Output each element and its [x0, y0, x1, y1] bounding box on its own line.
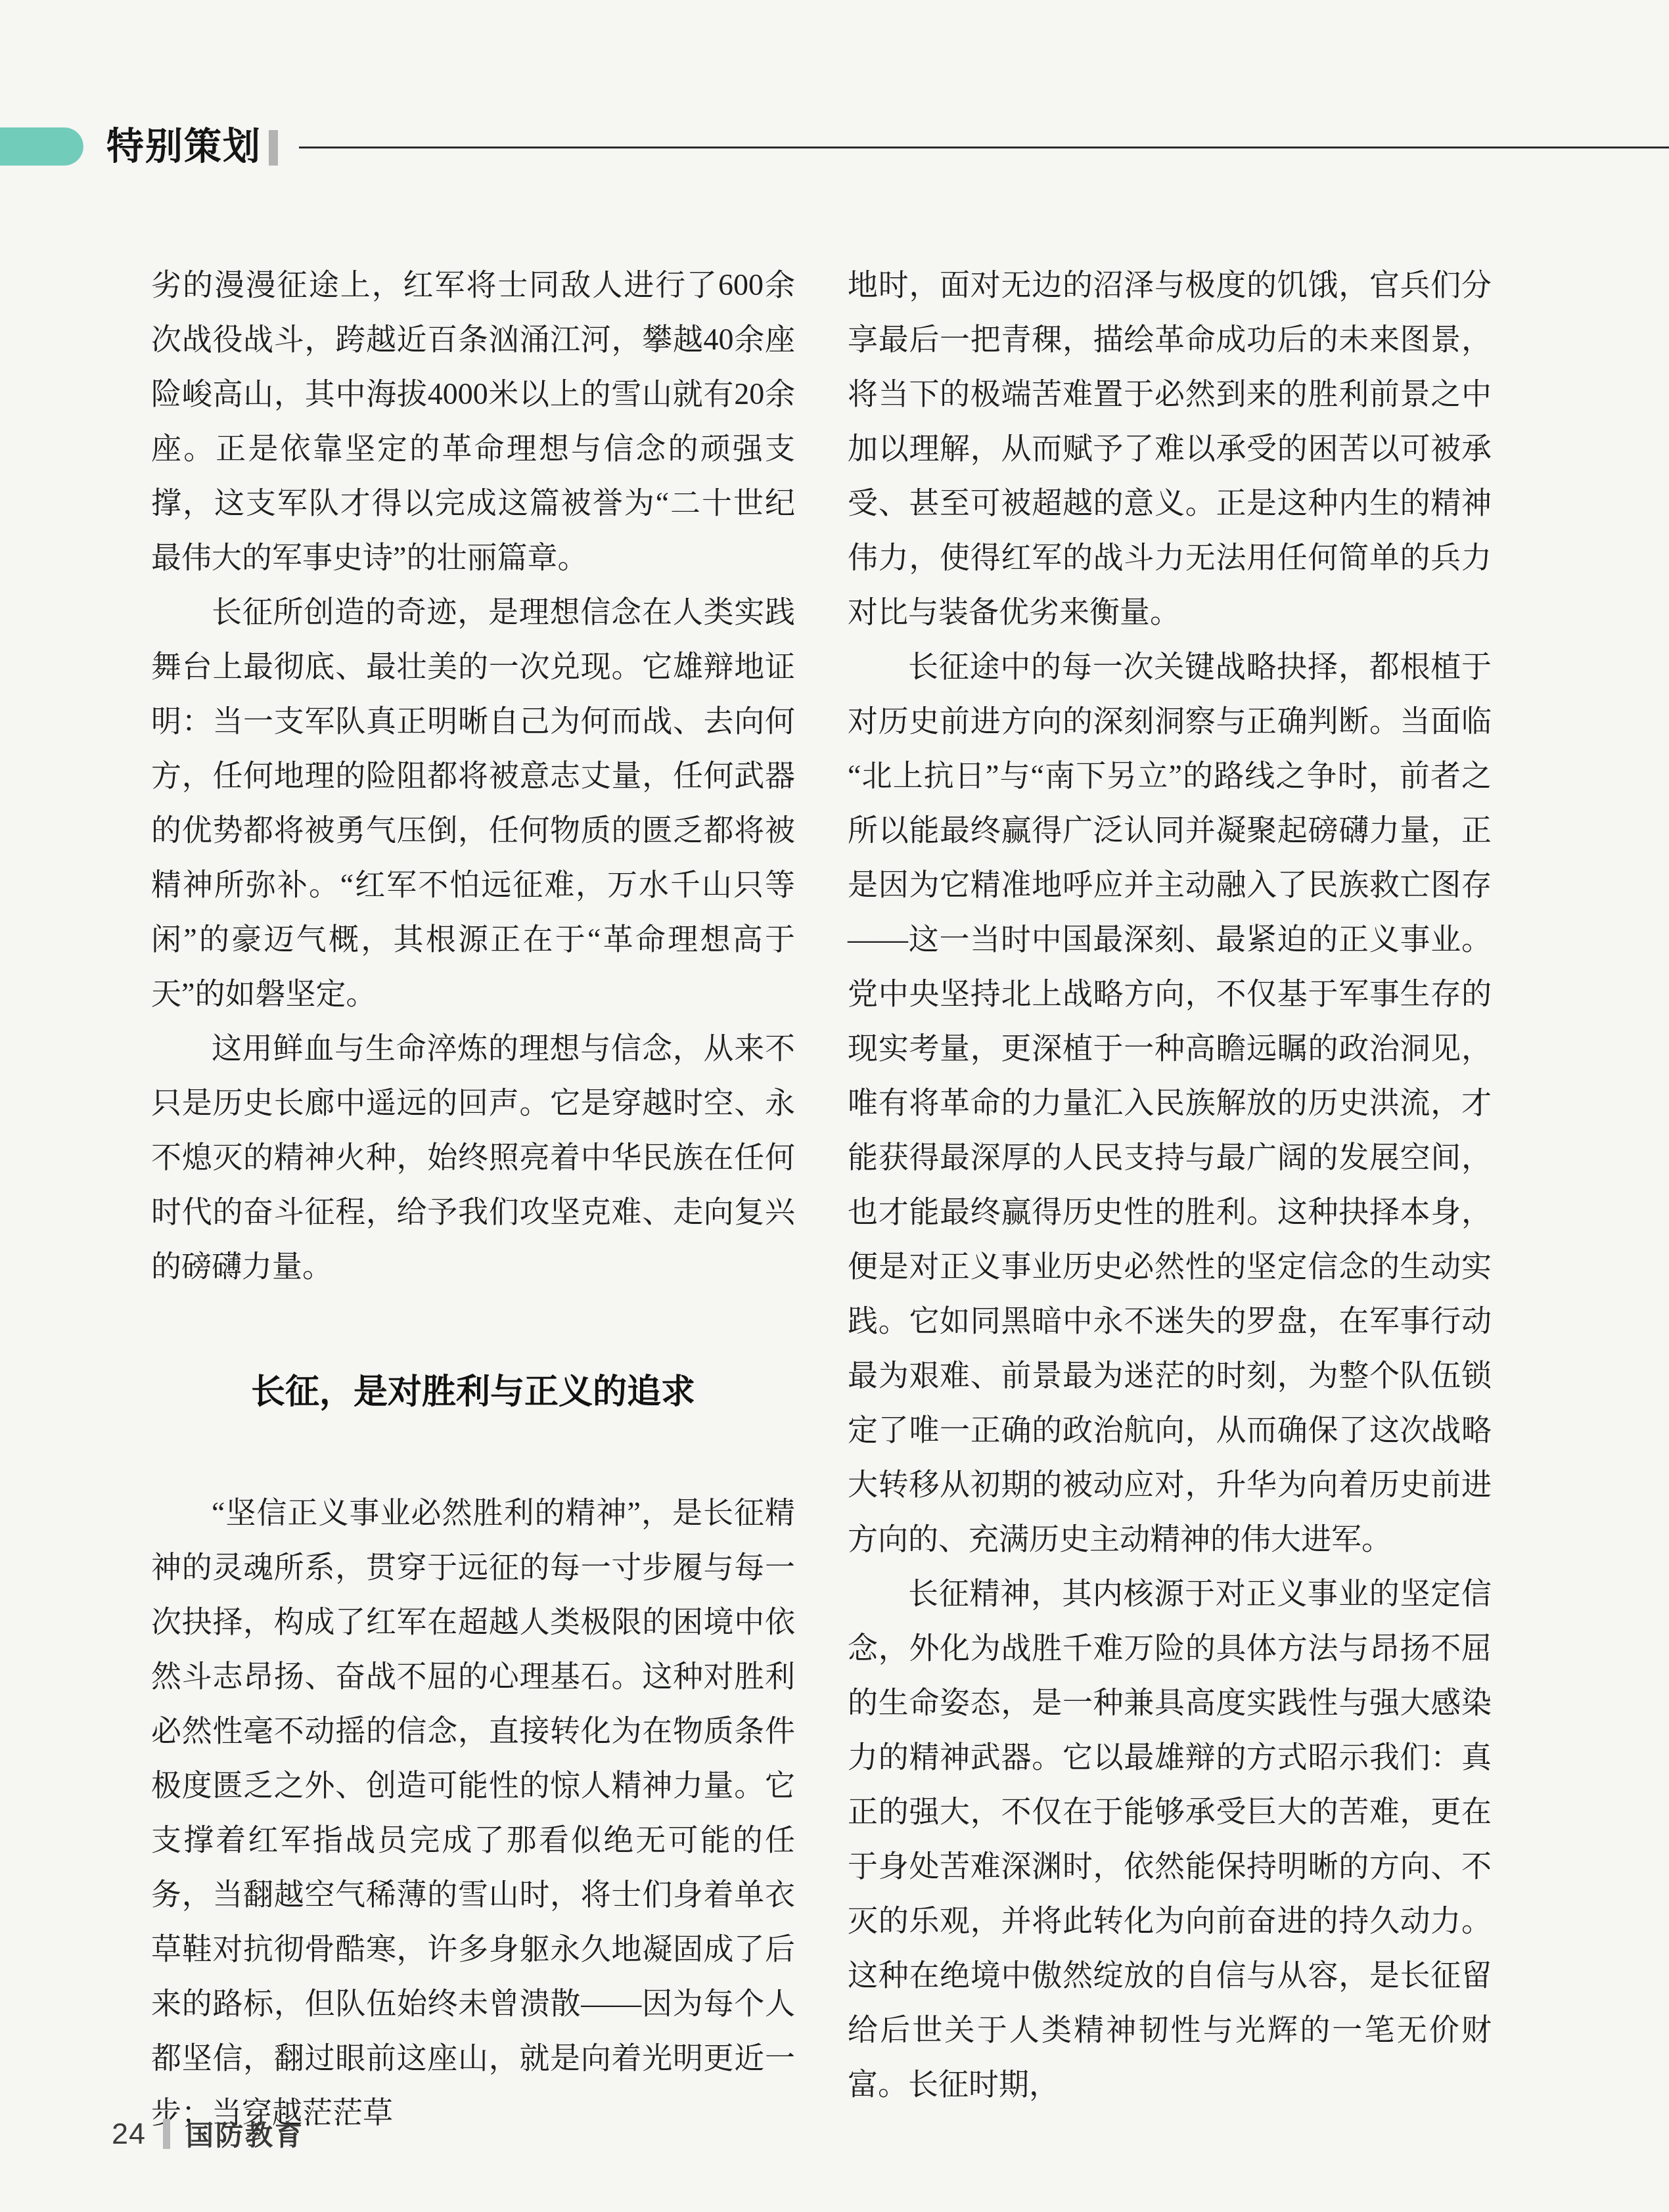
paragraph-left-4: “坚信正义事业必然胜利的精神”，是长征精神的灵魂所系，贯穿于远征的每一寸步履与每…: [151, 1485, 795, 2140]
left-column: 劣的漫漫征途上，红军将士同敌人进行了600余次战役战斗，跨越近百条汹涌江河，攀越…: [151, 258, 795, 2140]
right-column: 地时，面对无边的沼泽与极度的饥饿，官兵们分享最后一把青稞，描绘革命成功后的未来图…: [848, 258, 1492, 2140]
header-divider-bar: [269, 130, 278, 166]
article-subheading: 长征，是对胜利与正义的追求: [151, 1372, 795, 1412]
paragraph-right-2: 长征途中的每一次关键战略抉择，都根植于对历史前进方向的深刻洞察与正确判断。当面临…: [848, 639, 1492, 1566]
journal-title: 国防教育: [186, 2114, 304, 2154]
section-title: 特别策划: [106, 126, 262, 167]
footer-divider-bar: [163, 2119, 170, 2149]
paragraph-left-continuation: 劣的漫漫征途上，红军将士同敌人进行了600余次战役战斗，跨越近百条汹涌江河，攀越…: [151, 258, 795, 585]
paragraph-right-continuation: 地时，面对无边的沼泽与极度的饥饿，官兵们分享最后一把青稞，描绘革命成功后的未来图…: [848, 258, 1492, 639]
paragraph-left-2: 长征所创造的奇迹，是理想信念在人类实践舞台上最彻底、最壮美的一次兑现。它雄辩地证…: [151, 585, 795, 1021]
page-footer: 24 国防教育: [112, 2114, 304, 2154]
article-body: 劣的漫漫征途上，红军将士同敌人进行了600余次战役战斗，跨越近百条汹涌江河，攀越…: [151, 258, 1492, 2140]
paragraph-left-3: 这用鲜血与生命淬炼的理想与信念，从来不只是历史长廊中遥远的回声。它是穿越时空、永…: [151, 1021, 795, 1294]
paragraph-right-3: 长征精神，其内核源于对正义事业的坚定信念，外化为战胜千难万险的具体方法与昂扬不屈…: [848, 1566, 1492, 2111]
header-accent-pill: [0, 127, 83, 166]
magazine-page: { "header": { "section_label": "特别策划", "…: [0, 0, 1669, 2212]
header-rule: [299, 147, 1669, 148]
page-number: 24: [112, 2117, 146, 2151]
